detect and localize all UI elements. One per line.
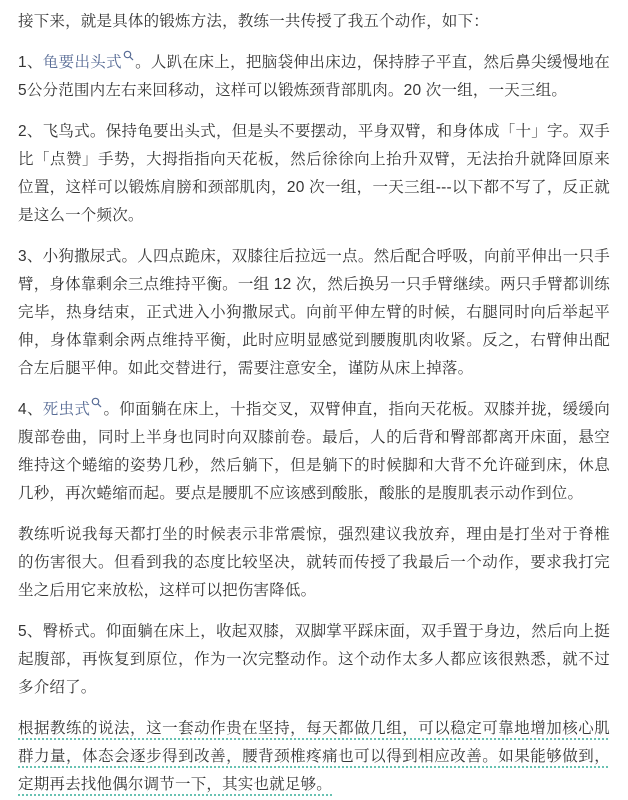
paragraph-text: 接下来，就是具体的锻炼方法，教练一共传授了我五个动作，如下： [18,13,489,30]
entity-link-turtle-head-pose[interactable]: 龟要出头式 [43,54,122,71]
search-icon[interactable] [91,397,102,408]
list-number: 1、 [18,54,43,71]
paragraph-move-1: 1、龟要出头式。人趴在床上，把脑袋伸出床边，保持脖子平直，然后鼻尖缓慢地在5公分… [18,49,610,105]
entity-link-dead-bug-pose[interactable]: 死虫式 [43,401,91,418]
paragraph-text: 教练听说我每天都打坐的时候表示非常震惊，强烈建议我放弃，理由是打坐对于脊椎的伤害… [18,526,610,599]
paragraph-intro: 接下来，就是具体的锻炼方法，教练一共传授了我五个动作，如下： [18,8,610,36]
paragraph-move-4: 4、死虫式。仰面躺在床上，十指交叉，双臂伸直，指向天花板。双膝并拢，缓缓向腹部卷… [18,396,610,508]
paragraph-text: 5、臀桥式。仰面躺在床上，收起双膝，双脚掌平踩床面，双手置于身边，然后向上挺起腹… [18,623,610,696]
highlighted-note-text: 根据教练的说法，这一套动作贵在坚持，每天都做几组，可以稳定可靠地增加核心肌群力量… [18,720,610,793]
paragraph-move-2: 2、飞鸟式。保持龟要出头式，但是头不要摆动，平身双臂，和身体成「十」字。双手比「… [18,118,610,230]
article-body: 接下来，就是具体的锻炼方法，教练一共传授了我五个动作，如下： 1、龟要出头式。人… [18,8,610,799]
paragraph-text: 2、飞鸟式。保持龟要出头式，但是头不要摆动，平身双臂，和身体成「十」字。双手比「… [18,123,610,224]
paragraph-coach-warning: 教练听说我每天都打坐的时候表示非常震惊，强烈建议我放弃，理由是打坐对于脊椎的伤害… [18,521,610,605]
paragraph-conclusion: 根据教练的说法，这一套动作贵在坚持，每天都做几组，可以稳定可靠地增加核心肌群力量… [18,715,610,799]
paragraph-text: 。仰面躺在床上，十指交叉，双臂伸直，指向天花板。双膝并拢，缓缓向腹部卷曲，同时上… [18,401,610,502]
list-number: 4、 [18,401,43,418]
paragraph-text: 3、小狗撒尿式。人四点跪床，双膝往后拉远一点。然后配合呼吸，向前平伸出一只手臂，… [18,248,610,377]
paragraph-move-5: 5、臀桥式。仰面躺在床上，收起双膝，双脚掌平踩床面，双手置于身边，然后向上挺起腹… [18,618,610,702]
search-icon[interactable] [123,50,134,61]
paragraph-move-3: 3、小狗撒尿式。人四点跪床，双膝往后拉远一点。然后配合呼吸，向前平伸出一只手臂，… [18,243,610,383]
